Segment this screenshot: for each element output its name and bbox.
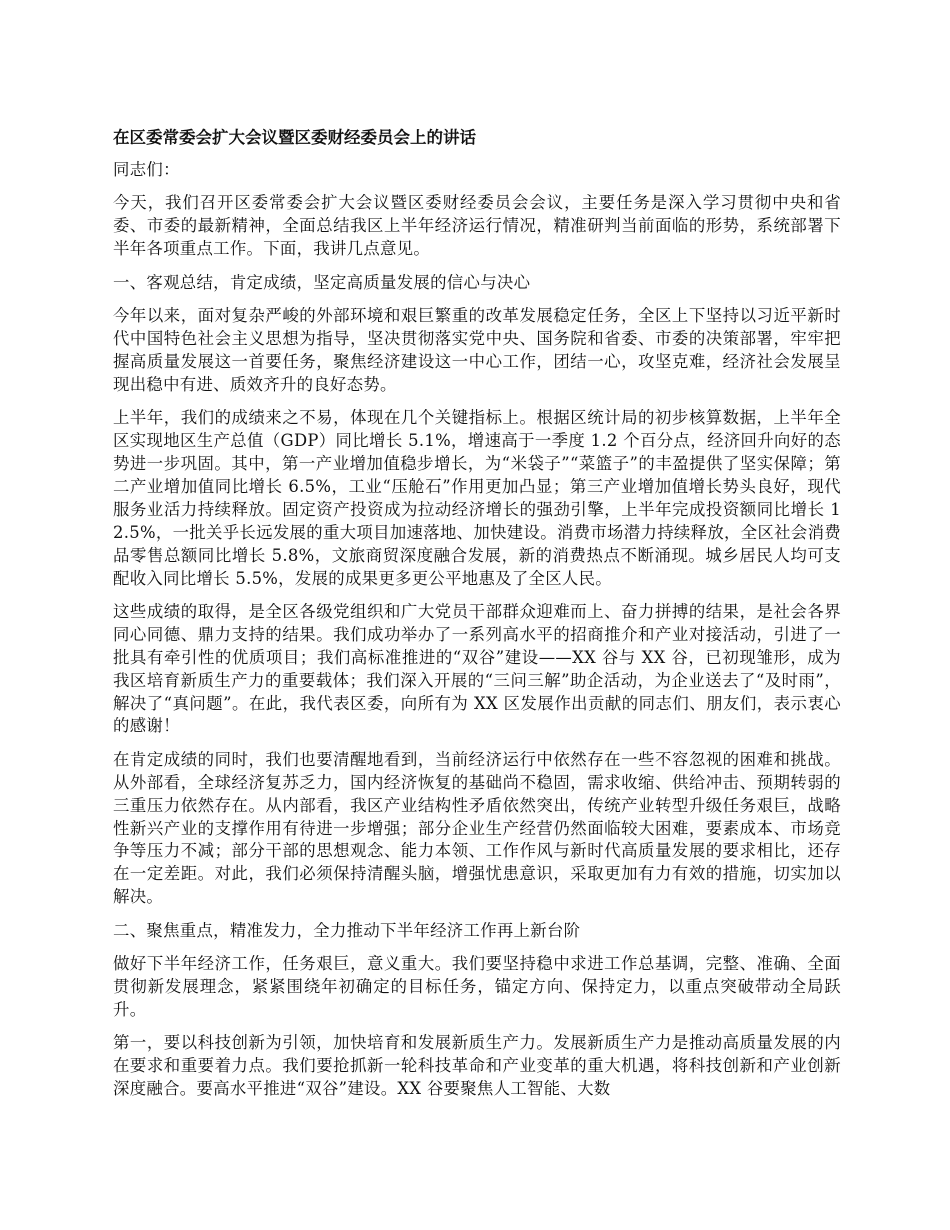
greeting: 同志们： [113,159,841,182]
section-heading-2: 二、聚焦重点，精准发力，全力推动下半年经济工作再上新台阶 [113,920,841,943]
paragraph-challenges: 在肯定成绩的同时，我们也要清醒地看到，当前经济运行中依然存在一些不容忽视的困难和… [113,749,841,909]
paragraph-tech-innovation: 第一，要以科技创新为引领，加快培育和发展新质生产力。发展新质生产力是推动高质量发… [113,1032,841,1101]
document-title: 在区委常委会扩大会议暨区委财经委员会上的讲话 [113,126,841,149]
document-page: 在区委常委会扩大会议暨区委财经委员会上的讲话 同志们： 今天，我们召开区委常委会… [113,126,841,1112]
paragraph-key-indicators: 上半年，我们的成绩来之不易，体现在几个关键指标上。根据区统计局的初步核算数据，上… [113,407,841,590]
paragraph-achievements: 这些成绩的取得，是全区各级党组织和广大党员干部群众迎难而上、奋力拼搏的结果，是社… [113,601,841,738]
paragraph-overview: 今年以来，面对复杂严峻的外部环境和艰巨繁重的改革发展稳定任务，全区上下坚持以习近… [113,305,841,397]
paragraph-second-half-tasks: 做好下半年经济工作，任务艰巨，意义重大。我们要坚持稳中求进工作总基调，完整、准确… [113,953,841,1022]
section-heading-1: 一、客观总结，肯定成绩，坚定高质量发展的信心与决心 [113,272,841,295]
paragraph-intro: 今天，我们召开区委常委会扩大会议暨区委财经委员会会议，主要任务是深入学习贯彻中央… [113,192,841,261]
